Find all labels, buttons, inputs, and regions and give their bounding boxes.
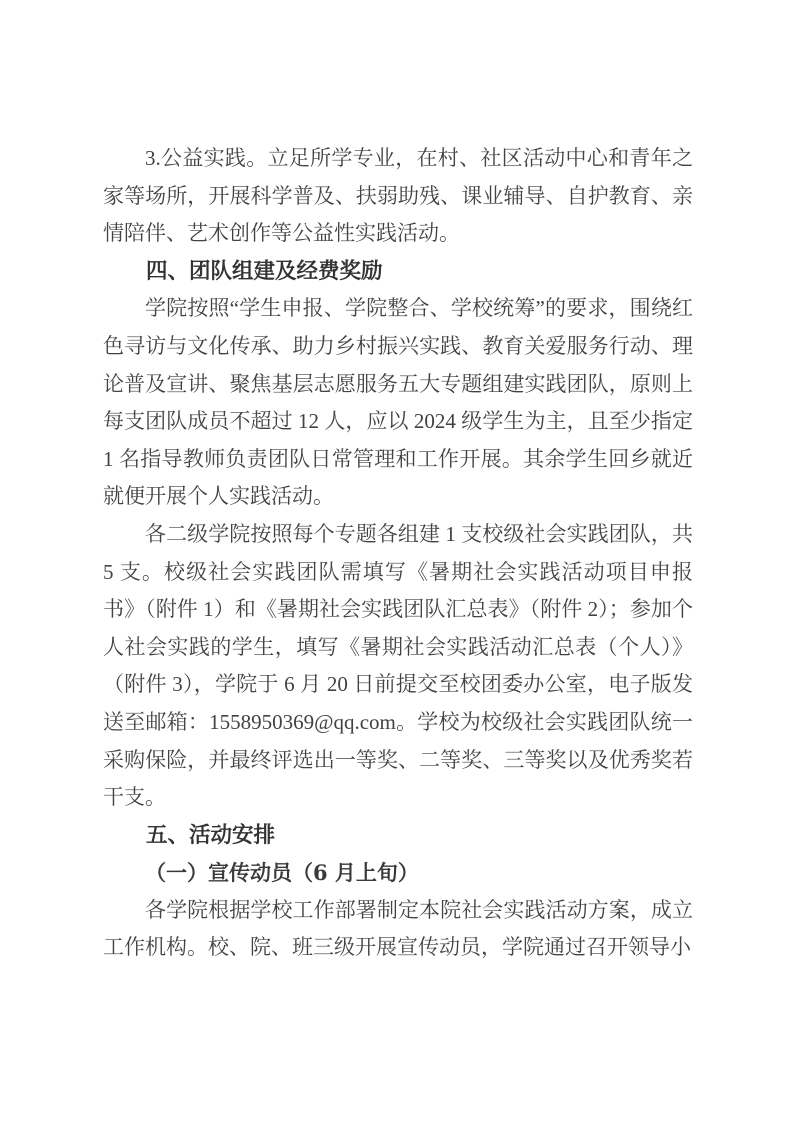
paragraph-submission-and-awards: 各二级学院按照每个专题各组建 1 支校级社会实践团队，共 5 支。校级社会实践团…	[103, 516, 693, 817]
subheading-publicity-mobilization: （一）宣传动员（6 月上旬）	[103, 854, 693, 892]
heading-section-five-activity-schedule: 五、活动安排	[103, 817, 693, 855]
paragraph-public-welfare-practice: 3.公益实践。立足所学专业，在村、社区活动中心和青年之家等场所，开展科学普及、扶…	[103, 140, 693, 253]
paragraph-team-formation-requirements: 学院按照“学生申报、学院整合、学校统筹”的要求，围绕红色寻访与文化传承、助力乡村…	[103, 290, 693, 516]
heading-section-four-team-building-funding: 四、团队组建及经费奖励	[103, 253, 693, 291]
paragraph-college-mobilization: 各学院根据学校工作部署制定本院社会实践活动方案，成立工作机构。校、院、班三级开展…	[103, 892, 693, 967]
document-page: 3.公益实践。立足所学专业，在村、社区活动中心和青年之家等场所，开展科学普及、扶…	[0, 0, 794, 1122]
